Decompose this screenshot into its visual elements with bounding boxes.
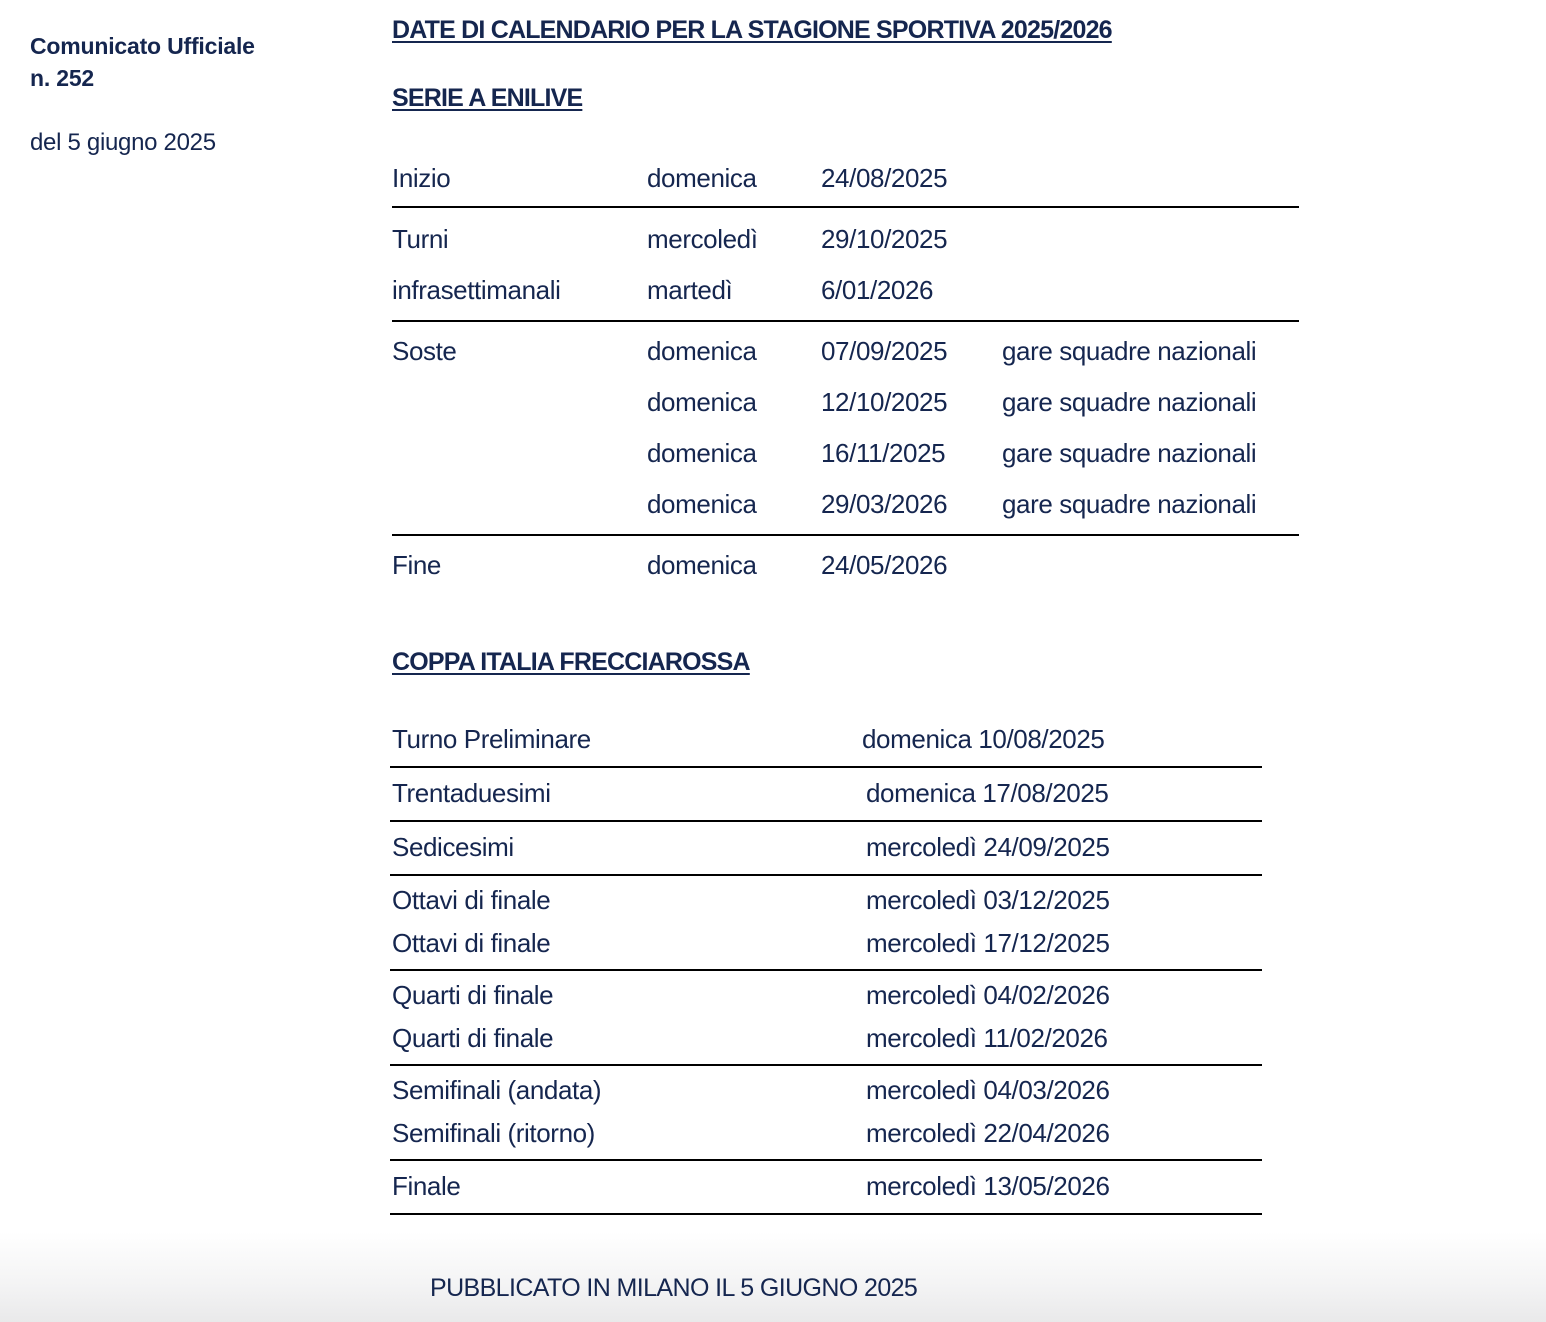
- round-name: Quarti di finale: [390, 1023, 866, 1054]
- table-row: Soste domenica 07/09/2025 gare squadre n…: [392, 326, 1299, 377]
- round-name: Turno Preliminare: [390, 724, 866, 755]
- phase-label: Fine: [392, 550, 647, 581]
- phase-label: infrasettimanali: [392, 275, 647, 306]
- round-name: Quarti di finale: [390, 980, 866, 1011]
- date: 6/01/2026: [821, 275, 1002, 306]
- coppa-group-trentaduesimi: Trentaduesimi domenica 17/08/2025: [390, 768, 1262, 822]
- round-name: Semifinali (ritorno): [390, 1118, 866, 1149]
- phase-label: Inizio: [392, 163, 647, 194]
- round-date: mercoledì 04/02/2026: [866, 980, 1110, 1011]
- weekday: domenica: [647, 550, 821, 581]
- round-date: mercoledì 04/03/2026: [866, 1075, 1110, 1106]
- date: 29/03/2026: [821, 489, 1002, 520]
- table-row: Inizio domenica 24/08/2025: [392, 150, 1299, 206]
- round-date: domenica 17/08/2025: [866, 778, 1109, 809]
- table-row: Semifinali (andata) mercoledì 04/03/2026: [390, 1069, 1262, 1112]
- table-row: Semifinali (ritorno) mercoledì 22/04/202…: [390, 1112, 1262, 1155]
- date: 24/08/2025: [821, 163, 1002, 194]
- table-row: Finale mercoledì 13/05/2026: [390, 1164, 1262, 1209]
- table-row: Sedicesimi mercoledì 24/09/2025: [390, 825, 1262, 870]
- communique-date: del 5 giugno 2025: [30, 128, 330, 158]
- communique-info: Comunicato Ufficiale n. 252 del 5 giugno…: [30, 30, 330, 158]
- coppa-group-quarti: Quarti di finale mercoledì 04/02/2026 Qu…: [390, 971, 1262, 1066]
- coppa-group-sedicesimi: Sedicesimi mercoledì 24/09/2025: [390, 822, 1262, 876]
- note: gare squadre nazionali: [1002, 387, 1256, 418]
- table-row: Turni mercoledì 29/10/2025: [392, 214, 1299, 265]
- serie-a-group-inizio: Inizio domenica 24/08/2025: [392, 150, 1299, 208]
- date: 16/11/2025: [821, 438, 1002, 469]
- serie-a-heading: SERIE A ENILIVE: [392, 84, 582, 113]
- communique-title: Comunicato Ufficiale n. 252: [30, 30, 330, 94]
- note: gare squadre nazionali: [1002, 336, 1256, 367]
- table-row: Fine domenica 24/05/2026: [392, 540, 1299, 591]
- date: 24/05/2026: [821, 550, 1002, 581]
- coppa-group-finale: Finale mercoledì 13/05/2026: [390, 1161, 1262, 1215]
- serie-a-group-soste: Soste domenica 07/09/2025 gare squadre n…: [392, 322, 1299, 536]
- serie-a-group-turni-infrasettimanali: Turni mercoledì 29/10/2025 infrasettiman…: [392, 208, 1299, 322]
- publication-note: PUBBLICATO IN MILANO IL 5 GIUGNO 2025: [430, 1274, 917, 1303]
- round-date: mercoledì 11/02/2026: [866, 1023, 1108, 1054]
- round-date: mercoledì 17/12/2025: [866, 928, 1110, 959]
- coppa-group-preliminare: Turno Preliminare domenica 10/08/2025: [390, 714, 1262, 768]
- table-row: Ottavi di finale mercoledì 17/12/2025: [390, 922, 1262, 965]
- round-name: Semifinali (andata): [390, 1075, 866, 1106]
- weekday: domenica: [647, 336, 821, 367]
- round-name: Ottavi di finale: [390, 928, 866, 959]
- note: gare squadre nazionali: [1002, 489, 1256, 520]
- table-row: Quarti di finale mercoledì 04/02/2026: [390, 974, 1262, 1017]
- table-row: Turno Preliminare domenica 10/08/2025: [390, 717, 1262, 762]
- note: gare squadre nazionali: [1002, 438, 1256, 469]
- table-row: Quarti di finale mercoledì 11/02/2026: [390, 1017, 1262, 1060]
- coppa-group-ottavi: Ottavi di finale mercoledì 03/12/2025 Ot…: [390, 876, 1262, 971]
- table-row: infrasettimanali martedì 6/01/2026: [392, 265, 1299, 316]
- serie-a-group-fine: Fine domenica 24/05/2026: [392, 536, 1299, 591]
- weekday: domenica: [647, 438, 821, 469]
- round-date: mercoledì 03/12/2025: [866, 885, 1110, 916]
- date: 12/10/2025: [821, 387, 1002, 418]
- round-name: Finale: [390, 1171, 866, 1202]
- phase-label: Turni: [392, 224, 647, 255]
- phase-label: Soste: [392, 336, 647, 367]
- serie-a-table: Inizio domenica 24/08/2025 Turni mercole…: [392, 150, 1299, 591]
- round-name: Sedicesimi: [390, 832, 866, 863]
- round-name: Trentaduesimi: [390, 778, 866, 809]
- table-row: Trentaduesimi domenica 17/08/2025: [390, 771, 1262, 816]
- round-date: mercoledì 13/05/2026: [866, 1171, 1110, 1202]
- coppa-italia-table: Turno Preliminare domenica 10/08/2025 Tr…: [390, 714, 1262, 1215]
- round-date: mercoledì 22/04/2026: [866, 1118, 1110, 1149]
- communique-title-line1: Comunicato Ufficiale: [30, 30, 330, 62]
- date: 29/10/2025: [821, 224, 1002, 255]
- round-name: Ottavi di finale: [390, 885, 866, 916]
- page-title: DATE DI CALENDARIO PER LA STAGIONE SPORT…: [392, 16, 1112, 45]
- round-date: mercoledì 24/09/2025: [866, 832, 1110, 863]
- table-row: domenica 29/03/2026 gare squadre naziona…: [392, 479, 1299, 530]
- coppa-italia-heading: COPPA ITALIA FRECCIAROSSA: [392, 648, 750, 677]
- coppa-group-semifinali: Semifinali (andata) mercoledì 04/03/2026…: [390, 1066, 1262, 1161]
- communique-number: n. 252: [30, 62, 330, 94]
- weekday: mercoledì: [647, 224, 821, 255]
- table-row: Ottavi di finale mercoledì 03/12/2025: [390, 879, 1262, 922]
- date: 07/09/2025: [821, 336, 1002, 367]
- weekday: domenica: [647, 489, 821, 520]
- table-row: domenica 12/10/2025 gare squadre naziona…: [392, 377, 1299, 428]
- weekday: domenica: [647, 387, 821, 418]
- table-row: domenica 16/11/2025 gare squadre naziona…: [392, 428, 1299, 479]
- weekday: domenica: [647, 163, 821, 194]
- weekday: martedì: [647, 275, 821, 306]
- round-date: domenica 10/08/2025: [862, 724, 1105, 755]
